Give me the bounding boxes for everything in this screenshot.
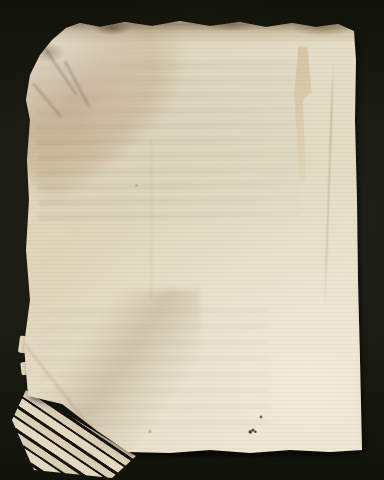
scanned-document-page — [0, 0, 384, 480]
fold-shading-bottom-left — [0, 290, 200, 480]
chain-line — [150, 140, 152, 300]
ink-speck-main — [248, 427, 257, 434]
paper-sheet — [0, 0, 384, 480]
paper-surface — [0, 0, 384, 480]
ink-speck-small — [259, 415, 263, 419]
rust-speck — [148, 430, 152, 433]
foxing-dot — [135, 184, 138, 187]
